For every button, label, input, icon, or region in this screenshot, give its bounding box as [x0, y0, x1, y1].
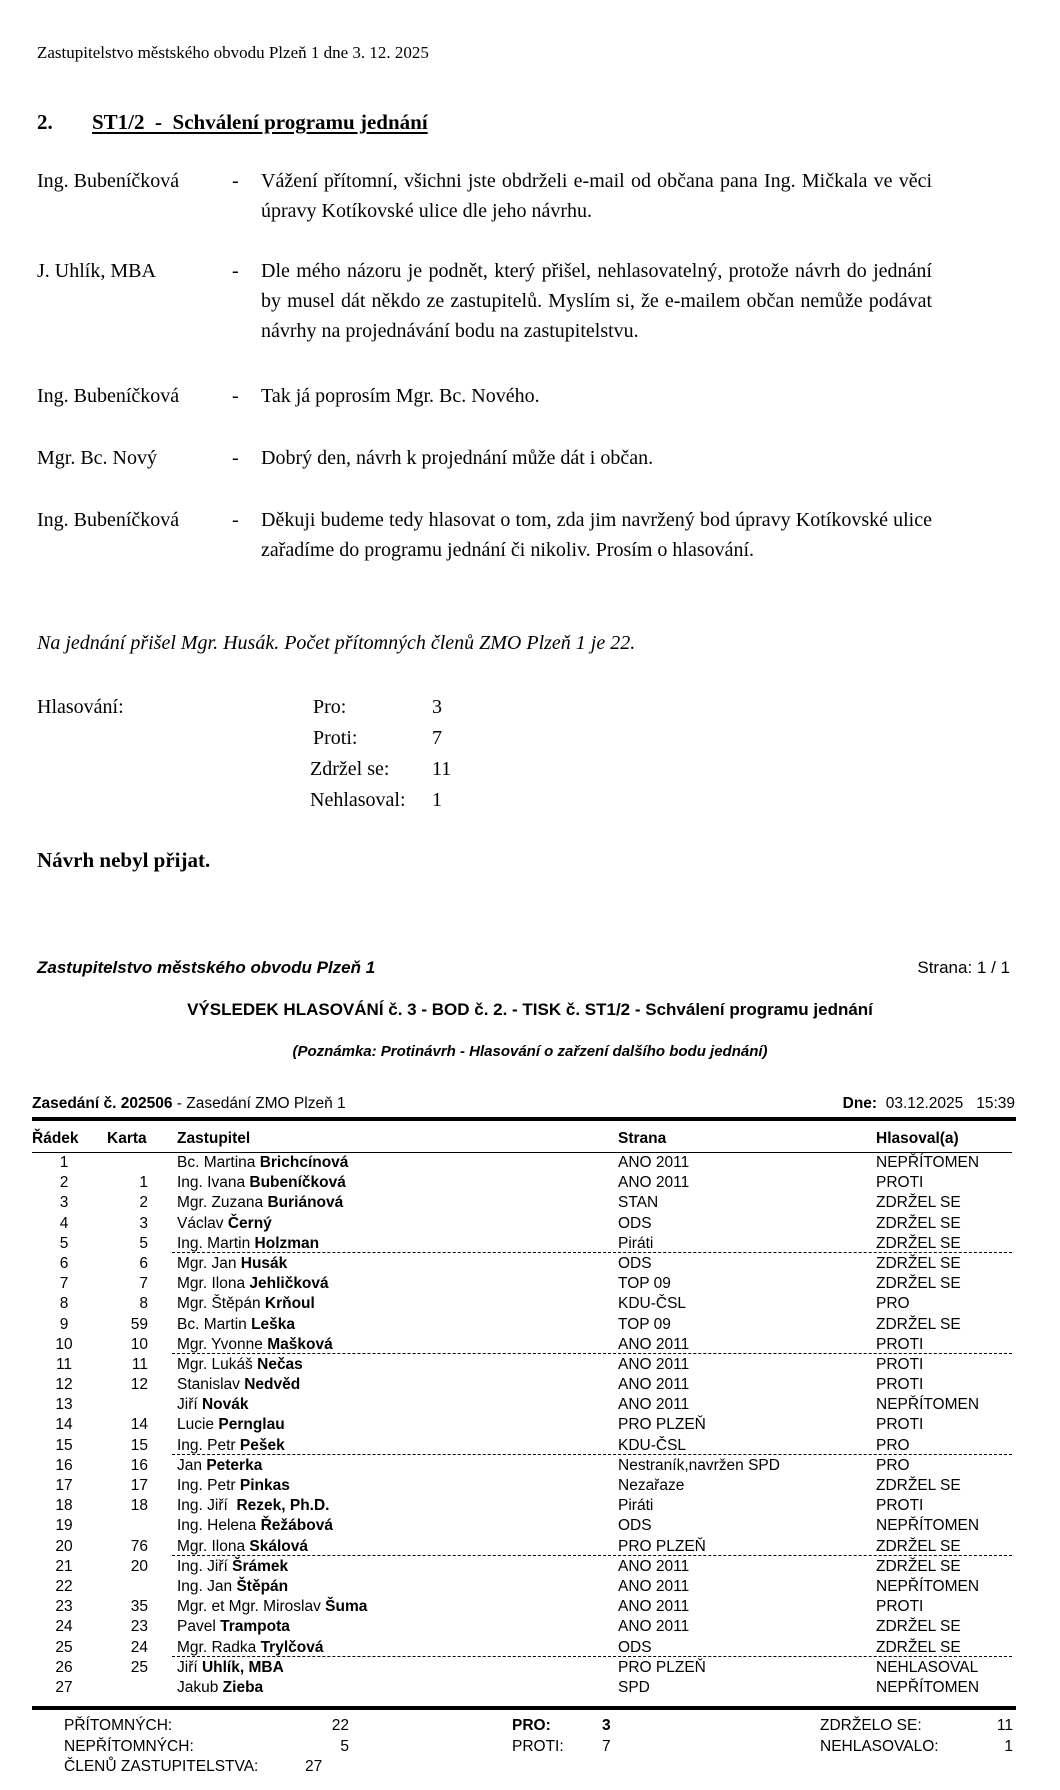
table-row: 13Jiří NovákANO 2011NEPŘÍTOMEN	[32, 1395, 1012, 1415]
cell-vote: ZDRŽEL SE	[876, 1254, 961, 1274]
name-prefix: Pavel	[177, 1618, 220, 1635]
cell-vote: PRO	[876, 1436, 910, 1456]
report-date: Dne: 03.12.2025 15:39	[843, 1095, 1015, 1113]
summary-label: PROTI:	[512, 1738, 564, 1755]
speaker-dash: -	[232, 381, 239, 411]
name-surname: Šrámek	[232, 1558, 288, 1575]
name-surname: Bubeníčková	[249, 1174, 345, 1191]
name-prefix: Lucie	[177, 1416, 218, 1433]
cell-row: 10	[32, 1335, 96, 1355]
cell-party: Piráti	[618, 1496, 653, 1516]
table-row: 959Bc. Martin LeškaTOP 09ZDRŽEL SE	[32, 1315, 1012, 1335]
cell-card: 14	[96, 1415, 148, 1435]
attendance-note: Na jednání přišel Mgr. Husák. Počet přít…	[37, 632, 635, 655]
vote-row-label: Proti:	[313, 723, 432, 754]
table-row: 1818Ing. Jiří Rezek, Ph.D.PirátiPROTI	[32, 1496, 1012, 1516]
cell-name: Mgr. Jan Husák	[177, 1254, 287, 1274]
cell-party: Nezařaze	[618, 1476, 684, 1496]
speaker-name: Ing. Bubeníčková	[37, 505, 227, 535]
cell-row: 25	[32, 1638, 96, 1658]
cell-card: 76	[96, 1537, 148, 1557]
cell-name: Mgr. Ilona Skálová	[177, 1537, 308, 1557]
cell-row: 18	[32, 1496, 96, 1516]
cell-card: 12	[96, 1375, 148, 1395]
report-title: VÝSLEDEK HLASOVÁNÍ č. 3 - BOD č. 2. - TI…	[0, 1000, 1060, 1020]
cell-card: 3	[96, 1214, 148, 1234]
cell-card: 1	[96, 1173, 148, 1193]
cell-vote: NEPŘÍTOMEN	[876, 1516, 979, 1536]
vote-result: Návrh nebyl přijat.	[37, 848, 210, 873]
col-name: Zastupitel	[177, 1130, 250, 1148]
speech-text: Vážení přítomní, všichni jste obdrželi e…	[261, 166, 932, 226]
name-surname: Skálová	[249, 1538, 308, 1555]
name-prefix: Mgr. Ilona	[177, 1275, 249, 1292]
cell-party: ANO 2011	[618, 1355, 689, 1375]
cell-row: 20	[32, 1537, 96, 1557]
name-surname: Uhlík, MBA	[202, 1659, 284, 1676]
cell-vote: ZDRŽEL SE	[876, 1476, 961, 1496]
cell-name: Bc. Martina Brichcínová	[177, 1153, 348, 1173]
cell-card: 24	[96, 1638, 148, 1658]
table-row: 2120Ing. Jiří ŠrámekANO 2011ZDRŽEL SE	[32, 1557, 1012, 1577]
table-row: 1Bc. Martina BrichcínováANO 2011NEPŘÍTOM…	[32, 1153, 1012, 1173]
speech-entry: J. Uhlík, MBA-Dle mého názoru je podnět,…	[37, 256, 932, 346]
table-row: 1212Stanislav NedvědANO 2011PROTI	[32, 1375, 1012, 1395]
vote-row-pro: Pro:3	[313, 692, 442, 723]
cell-vote: ZDRŽEL SE	[876, 1537, 961, 1557]
cell-vote: ZDRŽEL SE	[876, 1638, 961, 1658]
speaker-dash: -	[232, 166, 239, 196]
table-row: 1010Mgr. Yvonne MaškováANO 2011PROTI	[32, 1335, 1012, 1355]
vote-row-value: 1	[432, 789, 442, 811]
cell-party: PRO PLZEŇ	[618, 1658, 706, 1678]
cell-vote: ZDRŽEL SE	[876, 1193, 961, 1213]
name-surname: Brichcínová	[260, 1154, 349, 1171]
table-row: 1111Mgr. Lukáš NečasANO 2011PROTI	[32, 1355, 1012, 1375]
name-prefix: Mgr. Zuzana	[177, 1194, 267, 1211]
cell-party: KDU-ČSL	[618, 1294, 686, 1314]
cell-vote: PROTI	[876, 1496, 923, 1516]
table-row: 22Ing. Jan ŠtěpánANO 2011NEPŘÍTOMEN	[32, 1577, 1012, 1597]
cell-vote: NEPŘÍTOMEN	[876, 1678, 979, 1698]
table-row: 21Ing. Ivana BubeníčkováANO 2011PROTI	[32, 1173, 1012, 1193]
name-surname: Šuma	[325, 1598, 367, 1615]
name-prefix: Mgr. Radka	[177, 1639, 261, 1656]
cell-card: 2	[96, 1193, 148, 1213]
table-row: 1616Jan PeterkaNestraník,navržen SPDPRO	[32, 1456, 1012, 1476]
speech-entry: Ing. Bubeníčková-Děkuji budeme tedy hlas…	[37, 505, 932, 565]
name-prefix: Ing. Helena	[177, 1517, 261, 1534]
cell-name: Václav Černý	[177, 1214, 272, 1234]
cell-vote: PROTI	[876, 1335, 923, 1355]
cell-party: TOP 09	[618, 1315, 671, 1335]
summary-value: 3	[602, 1716, 611, 1737]
speaker-dash: -	[232, 505, 239, 535]
cell-party: ODS	[618, 1214, 652, 1234]
summary-present: PŘÍTOMNÝCH:22	[64, 1716, 172, 1737]
table-row: 66Mgr. Jan HusákODSZDRŽEL SE	[32, 1254, 1012, 1274]
name-prefix: Jiří	[177, 1396, 202, 1413]
speech-text: Tak já poprosím Mgr. Bc. Nového.	[261, 381, 932, 411]
name-prefix: Mgr. Štěpán	[177, 1295, 265, 1312]
speaker-name: Ing. Bubeníčková	[37, 381, 227, 411]
name-prefix: Jiří	[177, 1659, 202, 1676]
cell-party: STAN	[618, 1193, 658, 1213]
cell-vote: ZDRŽEL SE	[876, 1274, 961, 1294]
cell-name: Ing. Jiří Šrámek	[177, 1557, 288, 1577]
cell-row: 19	[32, 1516, 96, 1536]
name-surname: Buriánová	[267, 1194, 343, 1211]
cell-party: ANO 2011	[618, 1597, 689, 1617]
table-row: 19Ing. Helena ŘežábováODSNEPŘÍTOMEN	[32, 1516, 1012, 1536]
cell-party: ANO 2011	[618, 1153, 689, 1173]
cell-name: Mgr. Yvonne Mašková	[177, 1335, 333, 1355]
cell-vote: PRO	[876, 1294, 910, 1314]
name-prefix: Stanislav	[177, 1376, 244, 1393]
cell-name: Ing. Ivana Bubeníčková	[177, 1173, 346, 1193]
table-body: 1Bc. Martina BrichcínováANO 2011NEPŘÍTOM…	[32, 1153, 1012, 1698]
name-surname: Peterka	[206, 1457, 262, 1474]
cell-card: 10	[96, 1335, 148, 1355]
cell-party: SPD	[618, 1678, 650, 1698]
speech-text: Dle mého názoru je podnět, který přišel,…	[261, 256, 932, 346]
name-prefix: Mgr. Lukáš	[177, 1356, 257, 1373]
cell-name: Bc. Martin Leška	[177, 1315, 295, 1335]
cell-card: 20	[96, 1557, 148, 1577]
cell-name: Ing. Helena Řežábová	[177, 1516, 333, 1536]
speaker-dash: -	[232, 256, 239, 286]
cell-name: Jan Peterka	[177, 1456, 262, 1476]
cell-party: Piráti	[618, 1234, 653, 1254]
cell-vote: NEPŘÍTOMEN	[876, 1153, 979, 1173]
cell-name: Mgr. Radka Trylčová	[177, 1638, 323, 1658]
summary-absent: NEPŘÍTOMNÝCH:5	[64, 1737, 194, 1758]
cell-vote: PROTI	[876, 1597, 923, 1617]
name-prefix: Ing. Martin	[177, 1235, 255, 1252]
cell-name: Ing. Jan Štěpán	[177, 1577, 288, 1597]
name-surname: Nečas	[257, 1356, 303, 1373]
report-session: Zasedání č. 202506 - Zasedání ZMO Plzeň …	[32, 1095, 346, 1113]
col-card: Karta	[107, 1130, 147, 1148]
name-surname: Novák	[202, 1396, 249, 1413]
speech-text: Dobrý den, návrh k projednání může dát i…	[261, 443, 932, 473]
vote-row-novote: Nehlasoval:1	[310, 785, 442, 816]
vote-row-label: Nehlasoval:	[310, 785, 432, 816]
name-surname: Pernglau	[218, 1416, 284, 1433]
summary-label: NEPŘÍTOMNÝCH:	[64, 1738, 194, 1755]
cell-card: 8	[96, 1294, 148, 1314]
cell-row: 15	[32, 1436, 96, 1456]
table-row: 77Mgr. Ilona JehličkováTOP 09ZDRŽEL SE	[32, 1274, 1012, 1294]
table-row: 1414Lucie PernglauPRO PLZEŇPROTI	[32, 1415, 1012, 1435]
cell-row: 7	[32, 1274, 96, 1294]
name-surname: Trampota	[220, 1618, 290, 1635]
report-note: (Poznámka: Protinávrh - Hlasování o zařz…	[0, 1043, 1060, 1060]
date-value: 03.12.2025 15:39	[877, 1095, 1015, 1112]
cell-vote: PRO	[876, 1456, 910, 1476]
report-page-number: Strana: 1 / 1	[917, 958, 1010, 978]
name-prefix: Jan	[177, 1457, 206, 1474]
cell-vote: ZDRŽEL SE	[876, 1557, 961, 1577]
cell-card: 23	[96, 1617, 148, 1637]
col-party: Strana	[618, 1130, 666, 1148]
cell-card: 18	[96, 1496, 148, 1516]
cell-row: 17	[32, 1476, 96, 1496]
name-prefix: Ing. Petr	[177, 1437, 240, 1454]
speech-entry: Ing. Bubeníčková-Tak já poprosím Mgr. Bc…	[37, 381, 932, 411]
cell-party: ANO 2011	[618, 1395, 689, 1415]
cell-vote: PROTI	[876, 1173, 923, 1193]
table-row: 1717Ing. Petr PinkasNezařazeZDRŽEL SE	[32, 1476, 1012, 1496]
section-heading: 2.ST1/2 - Schválení programu jednání	[37, 110, 428, 135]
cell-name: Jakub Zieba	[177, 1678, 263, 1698]
cell-party: ANO 2011	[618, 1173, 689, 1193]
name-prefix: Bc. Martin	[177, 1316, 251, 1333]
cell-row: 13	[32, 1395, 96, 1415]
cell-card: 11	[96, 1355, 148, 1375]
speech-entry: Mgr. Bc. Nový-Dobrý den, návrh k projedn…	[37, 443, 932, 473]
cell-name: Ing. Petr Pinkas	[177, 1476, 290, 1496]
vote-row-proti: Proti:7	[313, 723, 442, 754]
cell-card: 59	[96, 1315, 148, 1335]
name-prefix: Ing. Ivana	[177, 1174, 249, 1191]
session-text: - Zasedání ZMO Plzeň 1	[172, 1095, 345, 1112]
summary-label: ZDRŽELO SE:	[820, 1717, 922, 1734]
table-row: 2423Pavel TrampotaANO 2011ZDRŽEL SE	[32, 1617, 1012, 1637]
cell-card: 6	[96, 1254, 148, 1274]
summary-pro: PRO:3	[512, 1716, 551, 1737]
vote-row-value: 3	[432, 696, 442, 718]
cell-row: 26	[32, 1658, 96, 1678]
section-title: ST1/2 - Schválení programu jednání	[92, 110, 428, 134]
cell-vote: NEPŘÍTOMEN	[876, 1577, 979, 1597]
cell-row: 12	[32, 1375, 96, 1395]
cell-card: 15	[96, 1436, 148, 1456]
cell-row: 9	[32, 1315, 96, 1335]
summary-value: 7	[602, 1737, 611, 1758]
cell-vote: ZDRŽEL SE	[876, 1617, 961, 1637]
date-label: Dne:	[843, 1095, 877, 1112]
speaker-name: Mgr. Bc. Nový	[37, 443, 227, 473]
document-header: Zastupitelstvo městského obvodu Plzeň 1 …	[37, 43, 429, 63]
cell-row: 23	[32, 1597, 96, 1617]
cell-name: Lucie Pernglau	[177, 1415, 285, 1435]
summary-value: 1	[970, 1737, 1013, 1758]
summary-value: 11	[970, 1716, 1013, 1737]
cell-row: 24	[32, 1617, 96, 1637]
summary-label: PRO:	[512, 1717, 551, 1734]
table-row: 32Mgr. Zuzana BuriánováSTANZDRŽEL SE	[32, 1193, 1012, 1213]
cell-card: 35	[96, 1597, 148, 1617]
cell-row: 22	[32, 1577, 96, 1597]
name-surname: Zieba	[223, 1679, 263, 1696]
summary-members: ČLENŮ ZASTUPITELSTVA:27	[64, 1757, 258, 1778]
name-surname: Mašková	[267, 1336, 332, 1353]
cell-party: Nestraník,navržen SPD	[618, 1456, 780, 1476]
speech-text: Děkuji budeme tedy hlasovat o tom, zda j…	[261, 505, 932, 565]
cell-party: PRO PLZEŇ	[618, 1537, 706, 1557]
table-row: 2335Mgr. et Mgr. Miroslav ŠumaANO 2011PR…	[32, 1597, 1012, 1617]
cell-name: Jiří Novák	[177, 1395, 249, 1415]
name-surname: Řežábová	[261, 1517, 333, 1534]
vote-row-value: 11	[432, 758, 451, 780]
name-surname: Trylčová	[261, 1639, 324, 1656]
cell-row: 5	[32, 1234, 96, 1254]
cell-row: 14	[32, 1415, 96, 1435]
name-prefix: Ing. Jiří	[177, 1497, 236, 1514]
cell-party: ODS	[618, 1254, 652, 1274]
cell-row: 16	[32, 1456, 96, 1476]
summary-value: 27	[305, 1757, 322, 1778]
cell-party: TOP 09	[618, 1274, 671, 1294]
name-prefix: Mgr. et Mgr. Miroslav	[177, 1598, 325, 1615]
report-organization: Zastupitelstvo městského obvodu Plzeň 1	[37, 958, 375, 978]
vote-row-abstain: Zdržel se:11	[310, 754, 451, 785]
summary-value: 22	[304, 1716, 349, 1737]
name-surname: Leška	[251, 1316, 295, 1333]
cell-row: 11	[32, 1355, 96, 1375]
cell-vote: PROTI	[876, 1415, 923, 1435]
summary-novote: NEHLASOVALO:1	[820, 1737, 939, 1758]
vote-row-label: Pro:	[313, 692, 432, 723]
cell-card: 17	[96, 1476, 148, 1496]
vote-row-label: Zdržel se:	[310, 754, 432, 785]
cell-vote: PROTI	[876, 1375, 923, 1395]
cell-vote: NEPŘÍTOMEN	[876, 1395, 979, 1415]
speech-entry: Ing. Bubeníčková-Vážení přítomní, všichn…	[37, 166, 932, 226]
cell-vote: NEHLASOVAL	[876, 1658, 978, 1678]
divider	[32, 1117, 1016, 1121]
name-surname: Rezek, Ph.D.	[236, 1497, 329, 1514]
name-prefix: Mgr. Ilona	[177, 1538, 249, 1555]
vote-table: Řádek Karta Zastupitel Strana Hlasoval(a…	[32, 1130, 1012, 1698]
cell-name: Stanislav Nedvěd	[177, 1375, 300, 1395]
name-surname: Jehličková	[249, 1275, 328, 1292]
name-surname: Pešek	[240, 1437, 285, 1454]
speaker-name: J. Uhlík, MBA	[37, 256, 227, 286]
col-vote: Hlasoval(a)	[876, 1130, 959, 1148]
cell-row: 8	[32, 1294, 96, 1314]
table-row: 1515Ing. Petr PešekKDU-ČSLPRO	[32, 1436, 1012, 1456]
cell-card: 25	[96, 1658, 148, 1678]
name-surname: Pinkas	[240, 1477, 290, 1494]
session-label: Zasedání č. 202506	[32, 1095, 172, 1112]
name-surname: Krňoul	[265, 1295, 315, 1312]
cell-vote: ZDRŽEL SE	[876, 1214, 961, 1234]
summary-abstain: ZDRŽELO SE:11	[820, 1716, 922, 1737]
cell-name: Mgr. Zuzana Buriánová	[177, 1193, 343, 1213]
cell-row: 21	[32, 1557, 96, 1577]
name-prefix: Jakub	[177, 1679, 223, 1696]
table-row: 2076Mgr. Ilona SkálováPRO PLZEŇZDRŽEL SE	[32, 1537, 1012, 1557]
summary-label: NEHLASOVALO:	[820, 1738, 939, 1755]
name-prefix: Bc. Martina	[177, 1154, 260, 1171]
name-prefix: Ing. Petr	[177, 1477, 240, 1494]
cell-row: 3	[32, 1193, 96, 1213]
table-row: 88Mgr. Štěpán KrňoulKDU-ČSLPRO	[32, 1294, 1012, 1314]
cell-name: Mgr. et Mgr. Miroslav Šuma	[177, 1597, 367, 1617]
cell-party: ANO 2011	[618, 1557, 689, 1577]
cell-party: ODS	[618, 1516, 652, 1536]
vote-row-value: 7	[432, 727, 442, 749]
name-surname: Nedvěd	[244, 1376, 300, 1393]
table-row: 55Ing. Martin HolzmanPirátiZDRŽEL SE	[32, 1234, 1012, 1254]
summary-proti: PROTI:7	[512, 1737, 564, 1758]
section-number: 2.	[37, 110, 92, 135]
cell-name: Ing. Martin Holzman	[177, 1234, 319, 1254]
table-header: Řádek Karta Zastupitel Strana Hlasoval(a…	[32, 1130, 1012, 1153]
cell-name: Pavel Trampota	[177, 1617, 290, 1637]
col-row: Řádek	[32, 1130, 79, 1148]
name-prefix: Mgr. Jan	[177, 1255, 241, 1272]
cell-row: 6	[32, 1254, 96, 1274]
cell-party: ANO 2011	[618, 1335, 689, 1355]
cell-row: 1	[32, 1153, 96, 1173]
cell-name: Jiří Uhlík, MBA	[177, 1658, 284, 1678]
summary-value: 5	[304, 1737, 349, 1758]
cell-vote: ZDRŽEL SE	[876, 1315, 961, 1335]
cell-vote: PROTI	[876, 1355, 923, 1375]
cell-party: ANO 2011	[618, 1617, 689, 1637]
summary-label: PŘÍTOMNÝCH:	[64, 1717, 172, 1734]
table-row: 27Jakub ZiebaSPDNEPŘÍTOMEN	[32, 1678, 1012, 1698]
cell-party: KDU-ČSL	[618, 1436, 686, 1456]
name-surname: Holzman	[255, 1235, 320, 1252]
cell-card: 7	[96, 1274, 148, 1294]
name-surname: Husák	[241, 1255, 288, 1272]
cell-name: Mgr. Lukáš Nečas	[177, 1355, 303, 1375]
summary-label: ČLENŮ ZASTUPITELSTVA:	[64, 1758, 258, 1775]
cell-row: 2	[32, 1173, 96, 1193]
name-surname: Černý	[228, 1215, 272, 1232]
cell-name: Mgr. Ilona Jehličková	[177, 1274, 329, 1294]
cell-party: ANO 2011	[618, 1577, 689, 1597]
cell-name: Mgr. Štěpán Krňoul	[177, 1294, 315, 1314]
speaker-dash: -	[232, 443, 239, 473]
table-row: 2625Jiří Uhlík, MBAPRO PLZEŇNEHLASOVAL	[32, 1658, 1012, 1678]
name-surname: Štěpán	[236, 1578, 288, 1595]
table-row: 43Václav ČernýODSZDRŽEL SE	[32, 1214, 1012, 1234]
name-prefix: Ing. Jan	[177, 1578, 236, 1595]
name-prefix: Mgr. Yvonne	[177, 1336, 267, 1353]
cell-row: 27	[32, 1678, 96, 1698]
cell-vote: ZDRŽEL SE	[876, 1234, 961, 1254]
vote-label: Hlasování:	[37, 692, 124, 723]
divider	[32, 1706, 1016, 1710]
cell-card: 5	[96, 1234, 148, 1254]
cell-card: 16	[96, 1456, 148, 1476]
cell-name: Ing. Petr Pešek	[177, 1436, 285, 1456]
name-prefix: Václav	[177, 1215, 228, 1232]
table-row: 2524Mgr. Radka TrylčováODSZDRŽEL SE	[32, 1638, 1012, 1658]
cell-name: Ing. Jiří Rezek, Ph.D.	[177, 1496, 329, 1516]
name-prefix: Ing. Jiří	[177, 1558, 232, 1575]
speaker-name: Ing. Bubeníčková	[37, 166, 227, 196]
cell-party: ANO 2011	[618, 1375, 689, 1395]
cell-party: PRO PLZEŇ	[618, 1415, 706, 1435]
cell-row: 4	[32, 1214, 96, 1234]
cell-party: ODS	[618, 1638, 652, 1658]
